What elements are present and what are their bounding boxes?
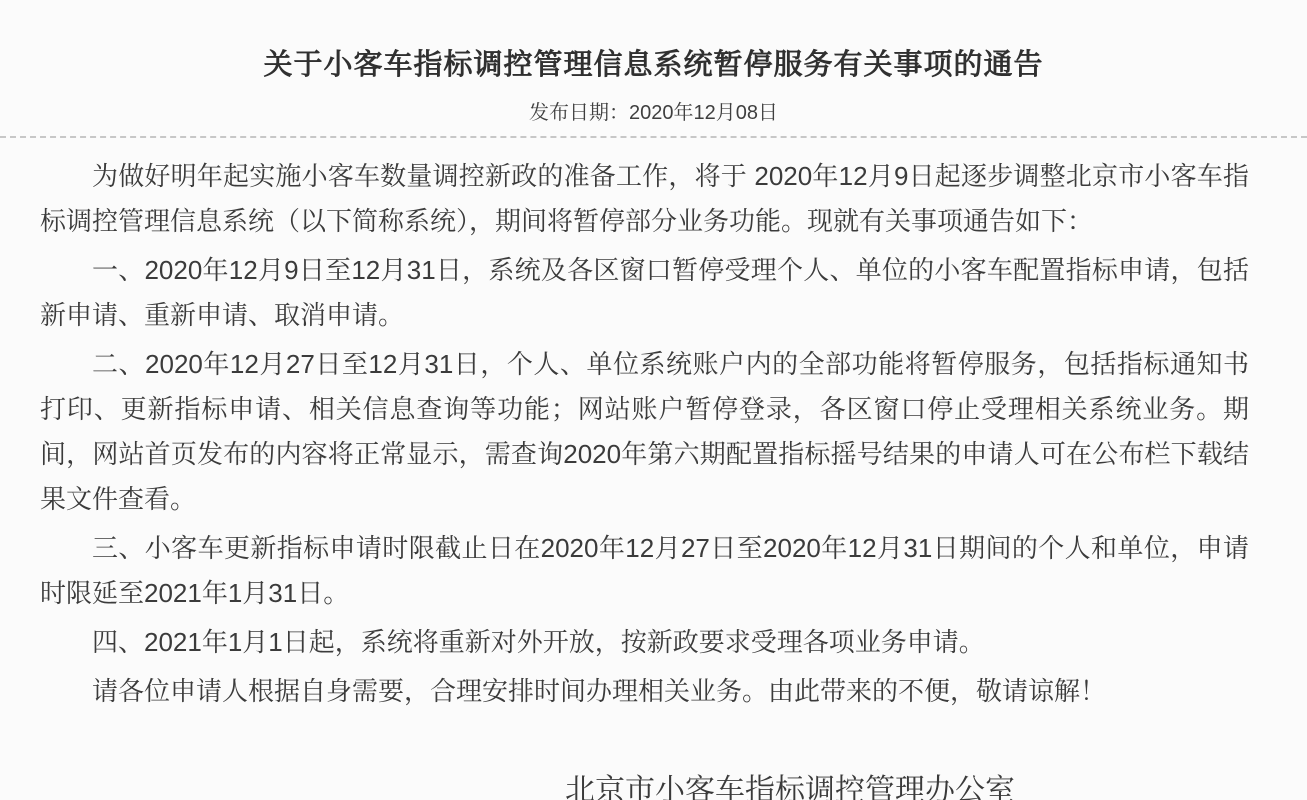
notice-paragraph-item-2: 二、2020年12月27日至12月31日，个人、单位系统账户内的全部功能将暂停服… — [40, 342, 1249, 522]
signature-line: 北京市小客车指标调控管理办公室 — [565, 776, 1015, 800]
notice-page: 关于小客车指标调控管理信息系统暂停服务有关事项的通告 发布日期：2020年12月… — [0, 0, 1307, 800]
notice-paragraph-closing: 请各位申请人根据自身需要，合理安排时间办理相关业务。由此带来的不便，敬请谅解！ — [40, 669, 1249, 714]
notice-paragraph-item-1: 一、2020年12月9日至12月31日，系统及各区窗口暂停受理个人、单位的小客车… — [40, 248, 1249, 338]
notice-paragraph-intro: 为做好明年起实施小客车数量调控新政的准备工作，将于 2020年12月9日起逐步调… — [40, 154, 1249, 244]
publish-date: 发布日期：2020年12月08日 — [0, 103, 1307, 123]
notice-paragraph-item-3: 三、小客车更新指标申请时限截止日在2020年12月27日至2020年12月31日… — [40, 526, 1249, 616]
notice-paragraph-item-4: 四、2021年1月1日起，系统将重新对外开放，按新政要求受理各项业务申请。 — [40, 620, 1249, 665]
dashed-divider — [0, 136, 1307, 138]
notice-title: 关于小客车指标调控管理信息系统暂停服务有关事项的通告 — [0, 48, 1307, 83]
notice-body: 为做好明年起实施小客车数量调控新政的准备工作，将于 2020年12月9日起逐步调… — [40, 154, 1249, 714]
